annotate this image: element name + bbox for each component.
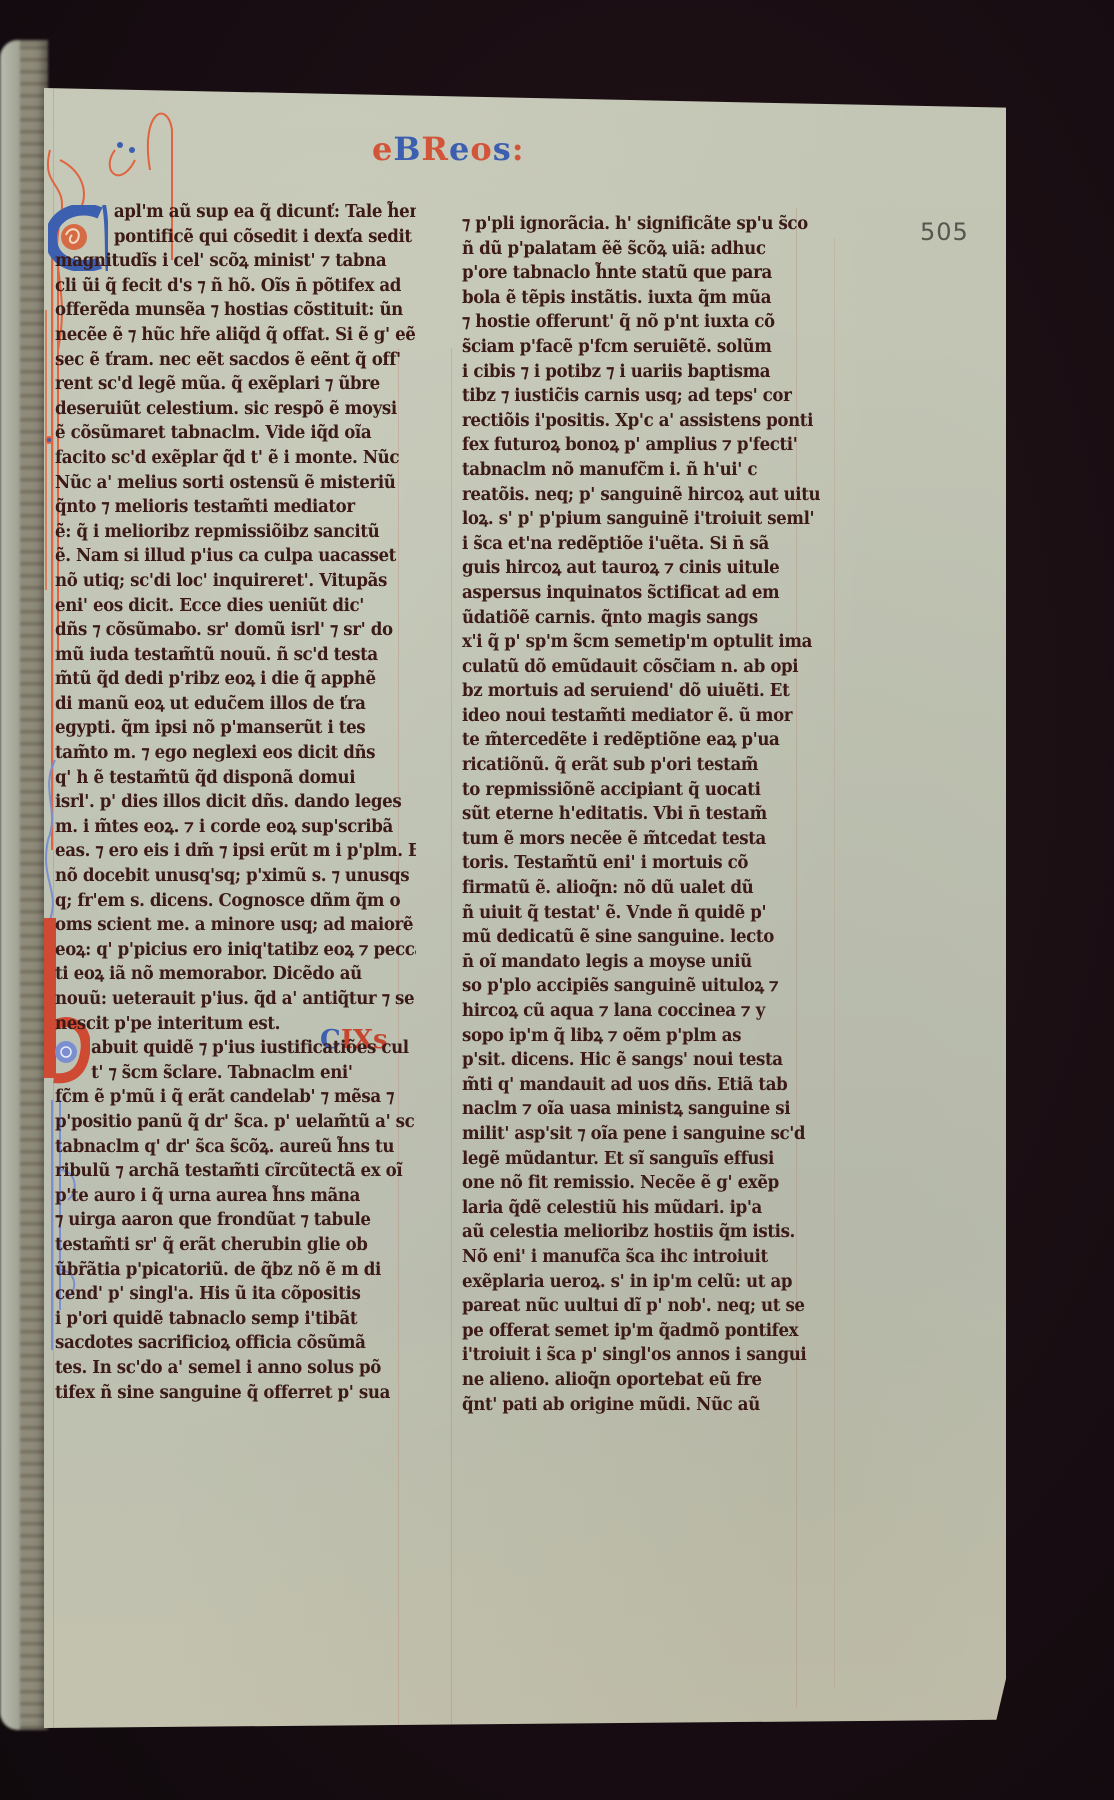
text-line: milit' asp'sit ⁊ oĩa pene i sanguine sc'… bbox=[462, 1122, 823, 1147]
text-line: sopo ip'm q̃ libꝝ ⁊ oẽm p'plm as bbox=[462, 1024, 823, 1049]
text-line: pontificẽ qui cõsedit i dexťa sedit bbox=[55, 225, 416, 250]
text-line: aspersus inquinatos s̃ctificat ad em bbox=[462, 581, 823, 606]
text-line: naclm ⁊ oĩa uasa ministꝝ sanguine si bbox=[462, 1097, 823, 1122]
text-line: ne alieno. alioq̃n oportebat eũ fre bbox=[462, 1368, 823, 1393]
text-line: so p'plo accipiẽs sanguinẽ uituloꝝ ⁊ bbox=[462, 974, 823, 999]
text-line: q̃nt' pati ab origine mũdi. Nũc aũ bbox=[462, 1393, 823, 1418]
running-title-letter: o bbox=[470, 130, 492, 168]
text-line: loꝝ. s' p' p'pium sanguinẽ i'troiuit sem… bbox=[462, 507, 823, 532]
running-title-letter: e bbox=[449, 130, 470, 168]
text-line: tifex ñ sine sanguine q̃ offerret p' sua bbox=[55, 1381, 416, 1406]
text-line: pe offerat semet ip'm q̃admõ pontifex bbox=[462, 1319, 823, 1344]
text-line: guis hircoꝝ aut tauroꝝ ⁊ cinis uitule bbox=[462, 556, 823, 581]
text-line: ũbr̃ãtia p'picatoriũ. de q̃bz nõ ẽ m di bbox=[55, 1258, 416, 1283]
text-line: oms scient me. a minore usq; ad maiorẽ bbox=[55, 913, 416, 938]
text-line: pareat nũc uultui dĩ p' nob'. neq; ut se bbox=[462, 1294, 823, 1319]
ruling-right-column-edge bbox=[451, 348, 452, 1728]
text-line: ẽ cõsũmaret tabnaclm. Vide iq̃d oĩa bbox=[55, 421, 416, 446]
text-line: sec ẽ ťram. nec eẽt sacdos ẽ eẽnt q̃ off… bbox=[55, 348, 416, 373]
text-line: cend' p' singl'a. His ũ ita cõpositis bbox=[55, 1282, 416, 1307]
text-line: di manũ eoꝝ ut educ̃em illos de ťra bbox=[55, 692, 416, 717]
text-line: necẽe ẽ ⁊ hũc hr̃e aliq̃d q̃ offat. Si ẽ… bbox=[55, 323, 416, 348]
text-line: ñ dũ p'palatam ẽẽ s̃cõꝝ uiã: adhuc bbox=[462, 237, 823, 262]
running-title-letter: B bbox=[393, 130, 421, 168]
text-line: one nõ fit remissio. Necẽe ẽ g' exẽp bbox=[462, 1171, 823, 1196]
text-line: i p'ori quidẽ tabnaclo semp i'tibãt bbox=[55, 1307, 416, 1332]
text-line: bz mortuis ad seruiend' dõ uiuẽti. Et bbox=[462, 679, 823, 704]
text-line: nouũ: ueterauit p'ius. q̃d a' antiq̃tur … bbox=[55, 987, 416, 1012]
text-line: Nõ eni' i manufc̃a s̃ca ihc introiuit bbox=[462, 1245, 823, 1270]
text-line: s̃ciam p'facẽ p'fcm seruiẽtẽ. solũm bbox=[462, 335, 823, 360]
text-line: nõ utiq; sc'di loc' inquireret'. Vitupãs bbox=[55, 569, 416, 594]
text-column-right: ⁊ p'pli ignorãcia. h' significãte sp'u s… bbox=[462, 212, 842, 1417]
text-line: p'sit. dicens. Hic ẽ sangs' noui testa bbox=[462, 1048, 823, 1073]
text-line: apl'm aũ sup ea q̃ dicunť: Tale h̃em bbox=[55, 200, 416, 225]
text-line: ñ uiuit q̃ testat' ẽ. Vnde ñ quidẽ p' bbox=[462, 901, 823, 926]
text-line: ⁊ hostie offerunt' q̃ nõ p'nt iuxta cõ bbox=[462, 310, 823, 335]
text-line: nescit p'pe interitum est. bbox=[55, 1012, 416, 1037]
text-line: mũ iuda testam̃tũ nouũ. ñ sc'd testa bbox=[55, 643, 416, 668]
text-line: ricatiõnũ. q̃ erãt sub p'ori testam̃ bbox=[462, 753, 823, 778]
text-line: tabnaclm nõ manufc̃m i. ñ h'ui' c bbox=[462, 458, 823, 483]
text-line: testam̃ti sr' q̃ erãt cherubin glie ob bbox=[55, 1233, 416, 1258]
text-line: egypti. q̃m ipsi nõ p'manserũt i tes bbox=[55, 716, 416, 741]
text-line: t' ⁊ s̃cm s̃clare. Tabnaclm eni' bbox=[55, 1061, 416, 1086]
text-line: sũt eterne h'editatis. Vbi n̄ testam̃ bbox=[462, 802, 823, 827]
text-line: bola ẽ tẽpis instãtis. iuxta q̃m mũa bbox=[462, 286, 823, 311]
text-line: tibz ⁊ iustic̃is carnis usq; ad teps' co… bbox=[462, 384, 823, 409]
text-line: ⁊ uirga aaron que frondũat ⁊ tabule bbox=[55, 1208, 416, 1233]
text-line: tes. In sc'do a' semel i anno solus põ bbox=[55, 1356, 416, 1381]
text-line: hircoꝝ cũ aqua ⁊ lana coccinea ⁊ y bbox=[462, 999, 823, 1024]
text-line: laria q̃dẽ celestiũ his mũdari. ip'a bbox=[462, 1196, 823, 1221]
text-line: m. i m̃tes eoꝝ. ⁊ i corde eoꝝ sup'scribã bbox=[55, 815, 416, 840]
text-line: facito sc'd exẽplar q̃d t' ẽ i monte. Nũ… bbox=[55, 446, 416, 471]
text-line: ⁊ p'pli ignorãcia. h' significãte sp'u s… bbox=[462, 212, 823, 237]
text-line: dñs ⁊ cõsũmabo. sr' domũ isrl' ⁊ sr' do bbox=[55, 618, 416, 643]
text-line: ẽ: q̃ i melioribz repmissiõibz sancitũ bbox=[55, 520, 416, 545]
running-title-letter: : bbox=[512, 130, 525, 168]
text-line: mũ dedicatũ ẽ sine sanguine. lecto bbox=[462, 925, 823, 950]
text-line: m̃ti q' mandauit ad uos dñs. Etiã tab bbox=[462, 1073, 823, 1098]
text-line: magnitudĩs i cel' scõꝝ minist' ⁊ tabna bbox=[55, 249, 416, 274]
text-line: p'ore tabnaclo h̃nte statũ que para bbox=[462, 261, 823, 286]
text-line: isrl'. p' dies illos dicit dñs. dando le… bbox=[55, 790, 416, 815]
text-line: offerẽda munsẽa ⁊ hostias cõstituit: ũn bbox=[55, 298, 416, 323]
text-line: toris. Testam̃tũ eni' i mortuis cõ bbox=[462, 851, 823, 876]
text-line: n̄ oĩ mandato legis a moyse uniũ bbox=[462, 950, 823, 975]
text-line: fex futuroꝝ bonoꝝ p' amplius ⁊ p'fecti' bbox=[462, 433, 823, 458]
text-line: exẽplaria ueroꝝ. s' in ip'm celũ: ut ap bbox=[462, 1270, 823, 1295]
text-line: i'troiuit i s̃ca p' singl'os annos i san… bbox=[462, 1343, 823, 1368]
book-edge bbox=[0, 40, 20, 1730]
text-line: reatõis. neq; p' sanguinẽ hircoꝝ aut uit… bbox=[462, 483, 823, 508]
text-line: eas. ⁊ ero eis i dm̃ ⁊ ipsi erũt m i p'p… bbox=[55, 839, 416, 864]
text-line: firmatũ ẽ. alioq̃n: nõ dũ ualet dũ bbox=[462, 876, 823, 901]
text-line: x'i q̃ p' sp'm s̃cm semetip'm optulit im… bbox=[462, 630, 823, 655]
text-line: abuit quidẽ ⁊ p'ius iustificatiões cul bbox=[55, 1036, 416, 1061]
text-line: tum ẽ mors necẽe ẽ m̃tcedat testa bbox=[462, 827, 823, 852]
text-line: legẽ mũdantur. Et sĩ sanguĩs effusi bbox=[462, 1147, 823, 1172]
text-line: rent sc'd legẽ mũa. q̃ exẽplari ⁊ ũbre bbox=[55, 372, 416, 397]
text-line: ideo noui testam̃ti mediator ẽ. ũ mor bbox=[462, 704, 823, 729]
text-line: aũ celestia melioribz hostiis q̃m istis. bbox=[462, 1220, 823, 1245]
text-line: cli ũi q̃ fecit d's ⁊ ñ hõ. Oĩs n̄ põtif… bbox=[55, 274, 416, 299]
text-line: q; fr'em s. dicens. Cognosce dñm q̃m o bbox=[55, 889, 416, 914]
text-line: rectiõis i'positis. Xp'c a' assistens po… bbox=[462, 409, 823, 434]
text-line: q̃nto ⁊ melioris testam̃ti mediator bbox=[55, 495, 416, 520]
folio-number: 505 bbox=[920, 218, 969, 246]
text-line: deseruiũt celestium. sic respõ ẽ moysi bbox=[55, 397, 416, 422]
text-line: eoꝝ: q' p'picius ero iniq'tatibz eoꝝ ⁊ p… bbox=[55, 938, 416, 963]
running-title: eBReos: bbox=[372, 130, 525, 168]
text-line: tam̃to m. ⁊ ego neglexi eos dicit dñs bbox=[55, 741, 416, 766]
text-line: fc̃m ẽ p'mũ i q̃ erãt candelab' ⁊ mẽsa ⁊ bbox=[55, 1085, 416, 1110]
text-line: sacdotes sacrificioꝝ officia cõsũmã bbox=[55, 1331, 416, 1356]
text-line: eni' eos dicit. Ecce dies ueniũt dic' bbox=[55, 594, 416, 619]
text-line: to repmissiõnẽ accipiant q̃ uocati bbox=[462, 778, 823, 803]
text-line: nõ docebit unusq'sq; p'ximũ s. ⁊ unusqs bbox=[55, 864, 416, 889]
text-line: p'positio panũ q̃ dr' s̃ca. p' uelam̃tũ … bbox=[55, 1110, 416, 1135]
text-line: culatũ dõ emũdauit cõsc̃iam n. ab opi bbox=[462, 655, 823, 680]
running-title-letter: e bbox=[372, 130, 393, 168]
text-line: ti eoꝝ iã nõ memorabor. Dicẽdo aũ bbox=[55, 962, 416, 987]
text-line: i cibis ⁊ i potibz ⁊ i uariis baptisma bbox=[462, 360, 823, 385]
text-line: ũdatiõẽ carnis. q̃nto magis sangs bbox=[462, 606, 823, 631]
text-column-left: apl'm aũ sup ea q̃ dicunť: Tale h̃empont… bbox=[55, 200, 435, 1405]
text-line: tabnaclm q' dr' s̃ca s̃cõꝝ. aureũ h̃ns t… bbox=[55, 1135, 416, 1160]
text-line: Nũc a' melius sorti ostensũ ẽ misteriũ bbox=[55, 471, 416, 496]
running-title-letter: R bbox=[421, 130, 449, 168]
text-line: te m̃tercedẽte i redẽptiõne eaꝝ p'ua bbox=[462, 728, 823, 753]
text-line: i s̃ca et'na redẽptiõe i'uẽta. Si n̄ sã bbox=[462, 532, 823, 557]
text-line: ribulũ ⁊ archã testam̃ti cĩrcũtectã ex o… bbox=[55, 1159, 416, 1184]
text-line: ẽ. Nam si illud p'ius ca culpa uacasset bbox=[55, 544, 416, 569]
text-line: q' h ẽ testam̃tũ q̃d disponã domui bbox=[55, 766, 416, 791]
text-line: p'te auro i q̃ urna aurea h̃ns mãna bbox=[55, 1184, 416, 1209]
running-title-letter: s bbox=[493, 130, 512, 168]
text-line: m̃tũ q̃d dedi p'ribz eoꝝ i die q̃ apphẽ bbox=[55, 667, 416, 692]
